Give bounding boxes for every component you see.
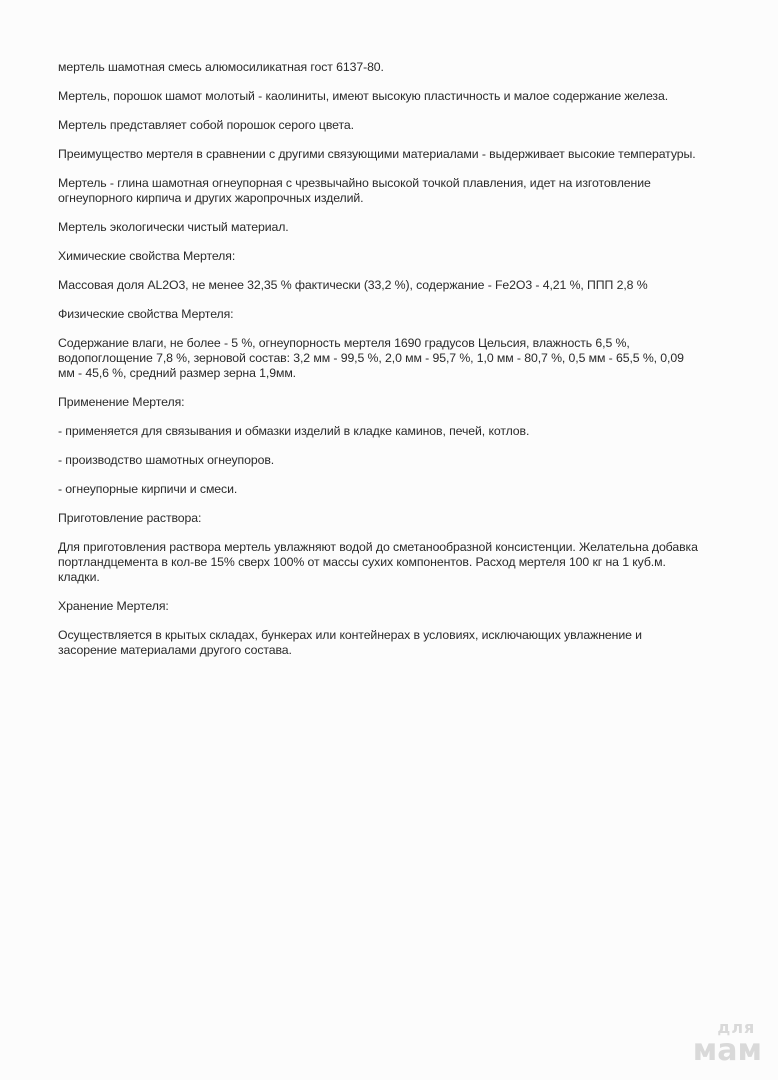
heading-chemical-properties: Химические свойства Мертеля: <box>58 249 698 264</box>
paragraph-composition: Мертель, порошок шамот молотый - каолини… <box>58 89 698 104</box>
list-item-application-2: - производство шамотных огнеупоров. <box>58 453 698 468</box>
heading-application: Применение Мертеля: <box>58 395 698 410</box>
paragraph-gost: мертель шамотная смесь алюмосиликатная г… <box>58 60 698 75</box>
paragraph-advantage: Преимущество мертеля в сравнении с други… <box>58 147 698 162</box>
paragraph-preparation: Для приготовления раствора мертель увлаж… <box>58 540 698 585</box>
watermark-logo: для мам <box>693 1020 762 1066</box>
heading-preparation: Приготовление раствора: <box>58 511 698 526</box>
paragraph-chemical-values: Массовая доля AL2O3, не менее 32,35 % фа… <box>58 278 698 293</box>
document-body: мертель шамотная смесь алюмосиликатная г… <box>58 60 698 672</box>
heading-physical-properties: Физические свойства Мертеля: <box>58 307 698 322</box>
paragraph-ecology: Мертель экологически чистый материал. <box>58 220 698 235</box>
paragraph-description: Мертель - глина шамотная огнеупорная с ч… <box>58 176 698 206</box>
paragraph-color: Мертель представляет собой порошок серог… <box>58 118 698 133</box>
heading-storage: Хранение Мертеля: <box>58 599 698 614</box>
paragraph-physical-values: Содержание влаги, не более - 5 %, огнеуп… <box>58 336 698 381</box>
paragraph-storage: Осуществляется в крытых складах, бункера… <box>58 628 698 658</box>
watermark-bottom-text: мам <box>693 1036 762 1066</box>
list-item-application-3: - огнеупорные кирпичи и смеси. <box>58 482 698 497</box>
scanned-page: мертель шамотная смесь алюмосиликатная г… <box>0 0 778 1080</box>
list-item-application-1: - применяется для связывания и обмазки и… <box>58 424 698 439</box>
